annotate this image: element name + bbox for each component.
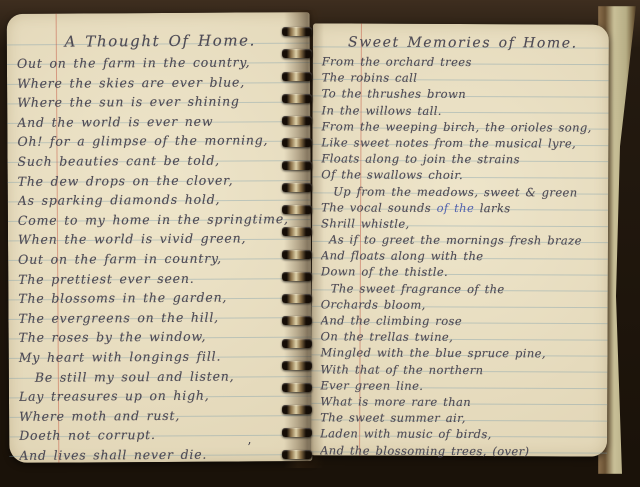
handwritten-line: As if to greet the mornings fresh braze [321, 231, 603, 248]
handwritten-line: From the weeping birch, the orioles song… [321, 118, 603, 135]
handwritten-line: In the willows tall. [322, 102, 604, 119]
handwritten-line: As sparking diamonds hold, [18, 189, 305, 210]
handwritten-line: Ever green line. [320, 377, 602, 394]
handwritten-line: The sweet fragrance of the [321, 280, 603, 297]
binding-clasp [282, 161, 312, 170]
handwritten-line: Down of the thistle. [321, 264, 603, 281]
binding-clasp [282, 183, 312, 192]
handwritten-line: What is more rare than [320, 393, 602, 410]
binding-clasp [282, 272, 312, 281]
binding-clasp [282, 205, 312, 214]
handwritten-line: Oh! for a glimpse of the morning, [17, 130, 304, 151]
line-segment: larks [474, 201, 511, 215]
right-page: Sweet Memories of Home. From the orchard… [311, 23, 609, 456]
handwritten-line: Shrill whistle, [321, 215, 603, 232]
handwritten-line: And lives shall never die. [19, 444, 306, 465]
binding-clasp [282, 316, 312, 325]
right-page-text: Sweet Memories of Home. From the orchard… [320, 31, 604, 459]
page-title: Sweet Memories of Home. [322, 31, 604, 54]
line-segment: The vocal sounds [321, 200, 437, 215]
handwritten-line: Where moth and rust, [19, 405, 306, 426]
handwritten-line: The vocal sounds of the larks [321, 199, 603, 216]
handwritten-line: Mingled with the blue spruce pine, [320, 345, 602, 362]
handwritten-line: Out on the farm in country, [18, 248, 305, 269]
binding-clasp [282, 138, 312, 147]
handwritten-line: The robins call [322, 70, 604, 87]
line-segment: Up from the meadows, sweet & green [333, 184, 577, 199]
left-page-text: A Thought Of Home. Out on the farm in th… [17, 28, 307, 465]
binding [282, 27, 316, 459]
handwritten-line: Orchards bloom, [321, 296, 603, 313]
handwritten-line: When the world is vivid green, [18, 228, 305, 249]
poem-body: From the orchard treesThe robins callTo … [320, 53, 604, 459]
notebook-photo: A Thought Of Home. Out on the farm in th… [0, 0, 640, 487]
handwritten-line: To the thrushes brown [322, 86, 604, 103]
binding-clasp [282, 405, 312, 414]
handwritten-line: And the world is ever new [17, 111, 304, 132]
handwritten-line: Like sweet notes from the musical lyre, [321, 134, 603, 151]
line-segment: Be still my soul and listen, [35, 368, 235, 384]
handwritten-line: The prettiest ever seen. [18, 268, 305, 289]
handwritten-line: From the orchard trees [322, 53, 604, 70]
binding-clasp [282, 428, 312, 437]
handwritten-line: My heart with longings fill. [19, 346, 306, 367]
handwritten-line: Doeth not corrupt. [19, 424, 306, 445]
handwritten-line: Where the sun is ever shining [17, 91, 304, 112]
handwritten-line: Out on the farm in the country, [17, 52, 304, 73]
handwritten-line: And the climbing rose [321, 312, 603, 329]
handwritten-line: The evergreens on the hill, [18, 307, 305, 328]
blue-ink-insertion: of the [437, 201, 475, 215]
handwritten-line: Of the swallows choir. [321, 167, 603, 184]
handwritten-line: And the blossoming trees, (over) [320, 442, 602, 459]
handwritten-line: The blossoms in the garden, [18, 287, 305, 308]
binding-clasp [282, 250, 312, 259]
line-segment: As if to greet the mornings fresh braze [329, 232, 582, 247]
handwritten-line: The sweet summer air, [320, 410, 602, 427]
handwritten-line: The dew drops on the clover, [18, 170, 305, 191]
handwritten-line: Such beauties cant be told, [17, 150, 304, 171]
binding-clasp [282, 450, 312, 459]
binding-clasp [282, 49, 312, 58]
pen-mark: ’ [247, 440, 251, 455]
page-title: A Thought Of Home. [17, 28, 304, 54]
handwritten-line: And floats along with the [321, 248, 603, 265]
handwritten-line: Come to my home in the springtime, [18, 209, 305, 230]
binding-clasp [282, 72, 312, 81]
handwritten-line: Be still my soul and listen, [19, 366, 306, 387]
binding-clasp [282, 361, 312, 370]
handwritten-line: Laden with music of birds, [320, 426, 602, 443]
handwritten-line: On the trellas twine, [321, 329, 603, 346]
binding-clasp [282, 94, 312, 103]
binding-clasp [282, 27, 312, 36]
handwritten-line: Where the skies are ever blue, [17, 72, 304, 93]
binding-clasp [282, 116, 312, 125]
handwritten-line: Lay treasures up on high, [19, 385, 306, 406]
left-page: A Thought Of Home. Out on the farm in th… [7, 12, 313, 463]
line-segment: The sweet fragrance of the [331, 281, 505, 296]
handwritten-line: Up from the meadows, sweet & green [321, 183, 603, 200]
binding-clasp [282, 383, 312, 392]
binding-clasp [282, 294, 312, 303]
binding-clasp [282, 227, 312, 236]
handwritten-line: The roses by the window, [19, 326, 306, 347]
poem-body: Out on the farm in the country,Where the… [17, 52, 307, 465]
binding-clasp [282, 339, 312, 348]
handwritten-line: With that of the northern [320, 361, 602, 378]
handwritten-line: Floats along to join the strains [321, 151, 603, 168]
